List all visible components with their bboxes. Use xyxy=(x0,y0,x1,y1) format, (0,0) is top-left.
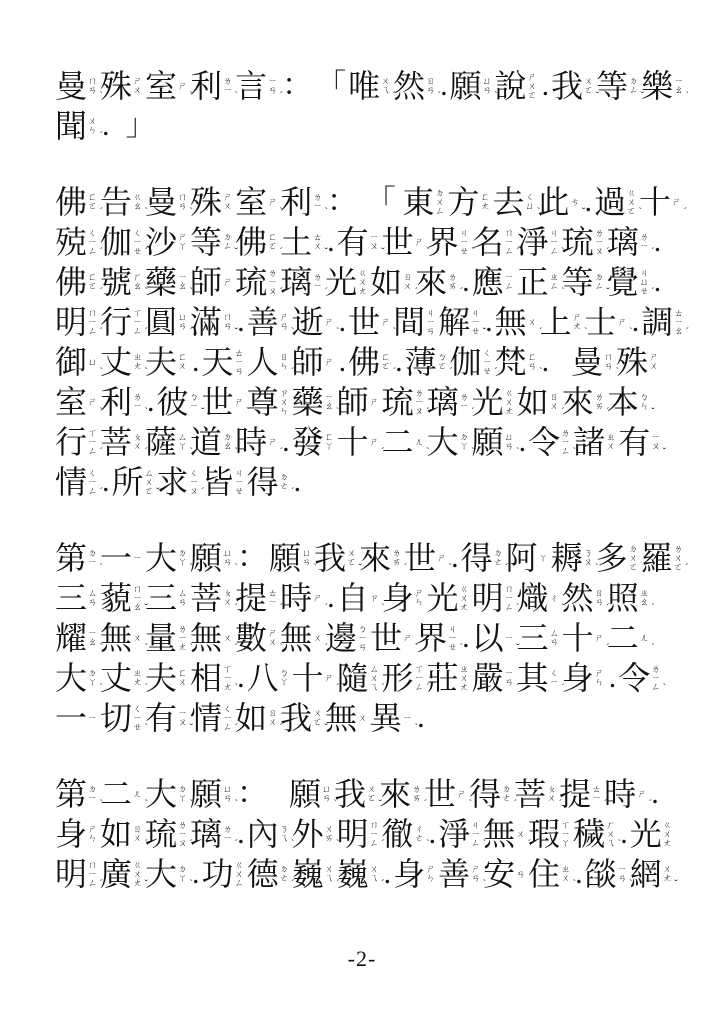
char-cell: 願ㄩㄢˋ xyxy=(450,70,494,102)
tone-mark: ˋ xyxy=(234,683,238,693)
zhuyin-annotation: ㄧˋ xyxy=(403,702,414,734)
zhuyin-letter: ㄛ xyxy=(629,563,638,572)
punctuation: . xyxy=(542,70,550,102)
tone-mark: ˇ xyxy=(641,91,645,101)
char-cell: 相ㄒㄧㄤˋ xyxy=(190,662,234,694)
char-cell: 大ㄉㄚˋ xyxy=(55,662,99,694)
zhuyin-letter: ㄟ xyxy=(325,874,334,883)
han-character: 羅 xyxy=(641,542,673,574)
tone-mark: ˋ xyxy=(189,447,193,457)
tone-mark: ˋ xyxy=(616,367,620,377)
char-cell: 身ㄕㄣ xyxy=(393,858,437,890)
han-character: 身 xyxy=(393,858,425,890)
char-cell: 如ㄖㄨˊ xyxy=(235,702,279,734)
zhuyin-letter: ㄦ xyxy=(133,790,142,799)
zhuyin-letter: ㄥ xyxy=(471,839,480,848)
han-character: 徹 xyxy=(382,818,414,850)
han-character: 有 xyxy=(145,702,177,734)
han-character: 琉 xyxy=(382,386,414,418)
punctuation: ： xyxy=(282,70,312,102)
han-character: 等 xyxy=(190,226,222,258)
tone-mark: ˊ xyxy=(516,603,520,613)
han-character: 逝 xyxy=(292,306,324,338)
char-cell: 無ㄨˊ xyxy=(280,622,324,654)
zhuyin-letter: ㄥ xyxy=(505,282,514,291)
zhuyin-letter: ㄢ xyxy=(178,322,187,331)
han-character: 身 xyxy=(562,662,594,694)
text-line: 一ㄧ切ㄑㄧㄝˋ有ㄧㄡˇ情ㄑㄧㄥˊ如ㄖㄨˊ我ㄨㄛˇ無ㄨˊ異ㄧˋ. xyxy=(55,698,684,738)
zhuyin-letter: ㄨ xyxy=(358,714,367,723)
zhuyin-annotation: ㄙㄨㄛˇ xyxy=(145,466,156,498)
tone-mark: ˇ xyxy=(674,879,678,889)
tone-mark: ˋ xyxy=(584,327,588,337)
tone-mark: ˋ xyxy=(291,839,295,849)
punctuation: . xyxy=(632,306,640,338)
han-character: 解 xyxy=(438,306,470,338)
han-character: 身 xyxy=(382,582,414,614)
zhuyin-letter: ㄡ xyxy=(595,247,604,256)
zhuyin-annotation: ㄧㄢˋ xyxy=(618,858,629,890)
zhuyin-letter: ㄛ xyxy=(627,207,636,216)
zhuyin-letter: ㄟ xyxy=(381,86,390,95)
han-character: 如 xyxy=(100,818,132,850)
zhuyin-letter: ㄛ xyxy=(268,242,277,251)
han-character: 聞 xyxy=(55,110,87,142)
char-cell: 此ㄘˇ xyxy=(537,186,581,218)
tone-mark: ˊ xyxy=(403,563,407,573)
zhuyin-letter: ㄧ xyxy=(88,714,97,723)
han-character: 然 xyxy=(562,582,594,614)
han-character: 來 xyxy=(415,266,447,298)
tone-mark: ˊ xyxy=(279,723,283,733)
han-character: 師 xyxy=(337,386,369,418)
zhuyin-letter: ㄥ xyxy=(435,207,444,216)
zhuyin-letter: ㄚ xyxy=(539,554,548,563)
han-character: 室 xyxy=(235,186,267,218)
han-character: 莊 xyxy=(427,662,459,694)
char-cell: 佛ㄈㄛˊ xyxy=(55,266,99,298)
tone-mark: ˊ xyxy=(324,643,328,653)
tone-mark: ˊ xyxy=(99,327,103,337)
zhuyin-letter: ㄥ xyxy=(223,723,232,732)
tone-mark: ˊ xyxy=(685,563,689,573)
text-line: 情ㄑㄧㄥˊ.所ㄙㄨㄛˇ求ㄑㄧㄡˊ皆ㄐㄧㄝ得ㄉㄜˊ. xyxy=(55,462,684,502)
zhuyin-annotation: ㄅㄚ xyxy=(280,662,291,694)
tone-mark: ˊ xyxy=(561,683,565,693)
han-character: 名 xyxy=(472,226,504,258)
punctuation: . xyxy=(102,110,110,142)
char-cell: 諸ㄓㄨ xyxy=(573,426,617,458)
zhuyin-annotation: ㄌㄧㄥˋ xyxy=(651,662,662,694)
zhuyin-letter: ㄧ xyxy=(313,282,322,291)
tone-mark: ˊ xyxy=(604,799,608,809)
tone-mark: ˊ xyxy=(144,643,148,653)
zhuyin-annotation: ㄨˊ xyxy=(516,818,527,850)
char-cell: 等ㄉㄥˇ xyxy=(596,70,640,102)
zhuyin-letter: ㄛ xyxy=(438,362,447,371)
tone-mark: ˊ xyxy=(381,839,385,849)
char-cell: 人ㄖㄣˊ xyxy=(247,346,291,378)
zhuyin-letter: ㄢ xyxy=(516,870,525,879)
zhuyin-annotation: ㄌㄧˋ xyxy=(313,186,324,218)
zhuyin-letter: ㄧ xyxy=(640,242,649,251)
char-cell: 來ㄌㄞˊ xyxy=(379,778,423,810)
char-cell: 有ㄧㄡˇ xyxy=(145,702,189,734)
zhuyin-letter: ㄤ xyxy=(358,287,367,296)
zhuyin-annotation: ㄕㄨ xyxy=(223,186,234,218)
char-cell: 自ㄗˋ xyxy=(337,582,381,614)
han-character: 得 xyxy=(469,778,501,810)
char-cell: 情ㄑㄧㄥˊ xyxy=(55,466,99,498)
tone-mark: ˋ xyxy=(561,603,565,613)
zhuyin-letter: ㄛ xyxy=(88,202,97,211)
tone-mark: ˋ xyxy=(144,799,148,809)
paragraph: 第ㄉㄧˋ二ㄦˋ大ㄉㄚˋ願ㄩㄢˋ：願ㄩㄢˋ我ㄨㄛˇ來ㄌㄞˊ世ㄕˋ得ㄉㄜˊ菩ㄆㄨˊ提… xyxy=(55,774,684,894)
tone-mark: ˊ xyxy=(381,447,385,457)
han-character: 求 xyxy=(157,466,189,498)
han-character: 善 xyxy=(438,858,470,890)
char-cell: 道ㄉㄠˋ xyxy=(190,426,234,458)
zhuyin-letter: ㄢ xyxy=(595,598,604,607)
zhuyin-annotation: ㄕˋ xyxy=(268,186,279,218)
punctuation: 「 xyxy=(366,186,396,218)
zhuyin-annotation: ㄕㄚ xyxy=(178,226,189,258)
tone-mark: ˋ xyxy=(482,839,486,849)
tone-mark: ˊ xyxy=(573,839,577,849)
zhuyin-annotation: ㄕˋ xyxy=(415,226,426,258)
zhuyin-annotation: ㄨㄛˇ xyxy=(584,70,595,102)
zhuyin-annotation: ㄨˊ xyxy=(528,306,539,338)
han-character: 殊 xyxy=(190,186,222,218)
zhuyin-annotation: ㄉㄚˋ xyxy=(178,778,189,810)
zhuyin-annotation: ㄨˊ xyxy=(223,622,234,654)
char-cell: 得ㄉㄜˊ xyxy=(247,466,291,498)
tone-mark: ˊ xyxy=(144,247,148,257)
char-cell: 世ㄕˋ xyxy=(348,306,392,338)
zhuyin-letter: ㄧ xyxy=(133,402,142,411)
zhuyin-letter: ㄩ xyxy=(88,358,97,367)
tone-mark: ˇ xyxy=(234,247,238,257)
zhuyin-annotation: ㄩㄢˊ xyxy=(178,306,189,338)
zhuyin-letter: ㄥ xyxy=(550,282,559,291)
tone-mark: ˋ xyxy=(336,839,340,849)
char-cell: 曼ㄇㄢˋ xyxy=(571,346,615,378)
han-character: 照 xyxy=(607,582,639,614)
han-character: 阿 xyxy=(506,542,538,574)
han-character: 曼 xyxy=(55,70,87,102)
han-character: 室 xyxy=(145,70,177,102)
han-character: 師 xyxy=(292,346,324,378)
char-cell: 來ㄌㄞˊ xyxy=(415,266,459,298)
han-character: 藐 xyxy=(100,582,132,614)
zhuyin-annotation: ㄕ xyxy=(370,386,381,418)
han-character: 八 xyxy=(247,662,279,694)
zhuyin-letter: ㄕ xyxy=(618,318,627,327)
han-character: 時 xyxy=(235,426,267,458)
char-cell: 利ㄌㄧˋ xyxy=(280,186,324,218)
zhuyin-annotation: ㄧㄡˇ xyxy=(651,426,662,458)
zhuyin-letter: ㄢ xyxy=(604,362,613,371)
zhuyin-annotation: ㄉㄧˋ xyxy=(88,542,99,574)
zhuyin-annotation: ㄅㄧㄢ xyxy=(358,622,369,654)
zhuyin-annotation: ㄉㄥˇ xyxy=(629,70,640,102)
zhuyin-annotation: ㄐㄩㄝˊ xyxy=(640,266,651,298)
zhuyin-annotation: ㄈㄨ xyxy=(178,346,189,378)
zhuyin-letter: ㄕ xyxy=(457,790,466,799)
punctuation: . xyxy=(429,818,437,850)
zhuyin-annotation: ㄍㄨㄤˇ xyxy=(133,858,144,890)
zhuyin-annotation: ㄌㄧㄥˋ xyxy=(561,426,572,458)
char-cell: 等ㄉㄥˇ xyxy=(562,266,606,298)
char-cell: 藐ㄇㄧㄠˇ xyxy=(100,582,144,614)
han-character: 無 xyxy=(100,622,132,654)
char-cell: 佛ㄈㄛˊ xyxy=(348,346,392,378)
tone-mark: ˋ xyxy=(99,367,103,377)
char-cell: 三ㄙㄢ xyxy=(55,582,99,614)
zhuyin-letter: ㄕ xyxy=(268,198,277,207)
zhuyin-annotation: ㄩㄢˋ xyxy=(302,542,313,574)
tone-mark: ˋ xyxy=(537,207,541,217)
tone-mark: ˇ xyxy=(324,247,328,257)
zhuyin-letter: ㄠ xyxy=(133,202,142,211)
space xyxy=(112,126,124,127)
char-cell: 我ㄨㄛˇ xyxy=(551,70,595,102)
zhuyin-letter: ㄥ xyxy=(415,683,424,692)
han-character: 一 xyxy=(100,542,132,574)
char-cell: 藥ㄧㄠˋ xyxy=(292,386,336,418)
han-character: 利 xyxy=(100,386,132,418)
zhuyin-letter: ㄢ xyxy=(483,86,492,95)
zhuyin-letter: ㄤ xyxy=(663,874,672,883)
zhuyin-letter: ㄘ xyxy=(570,198,579,207)
zhuyin-annotation: ㄌㄧㄡˊ xyxy=(178,818,189,850)
char-cell: 二ㄦˋ xyxy=(607,622,651,654)
han-character: 土 xyxy=(280,226,312,258)
tone-mark: ˊ xyxy=(494,367,498,377)
tone-mark: ˊ xyxy=(144,839,148,849)
zhuyin-annotation: ㄐㄧㄝˇ xyxy=(471,306,482,338)
zhuyin-annotation: ㄒㄧㄥˊ xyxy=(88,426,99,458)
text-line: 大ㄉㄚˋ丈ㄓㄤˋ夫ㄈㄨ相ㄒㄧㄤˋ.八ㄅㄚ十ㄕˊ隨ㄙㄨㄟˊ形ㄒㄧㄥˊ莊ㄓㄨㄤ嚴ㄧㄢ… xyxy=(55,658,684,698)
han-character: 皆 xyxy=(202,466,234,498)
char-cell: 名ㄇㄧㄥˊ xyxy=(472,226,516,258)
zhuyin-letter: ㄕ xyxy=(637,790,646,799)
char-cell: 得ㄉㄜˊ xyxy=(469,778,513,810)
han-character: 淨 xyxy=(438,818,470,850)
zhuyin-annotation: ㄕˋ xyxy=(235,386,246,418)
zhuyin-annotation: ㄓㄨㄤ xyxy=(460,662,471,694)
zhuyin-annotation: ㄑㄧㄝˊ xyxy=(133,226,144,258)
punctuation: . xyxy=(462,622,470,654)
han-character: 方 xyxy=(447,186,479,218)
char-cell: 二ㄦˋ xyxy=(100,778,144,810)
zhuyin-annotation: ㄕㄣ xyxy=(88,818,99,850)
zhuyin-annotation: ㄒㄧㄤˋ xyxy=(223,662,234,694)
char-cell: 耀ㄧㄠˋ xyxy=(55,622,99,654)
char-cell: 羅ㄌㄨㄛˊ xyxy=(641,542,685,574)
char-cell: 時ㄕˊ xyxy=(604,778,648,810)
zhuyin-annotation: ㄍㄠˋ xyxy=(133,186,144,218)
char-cell: 如ㄖㄨˊ xyxy=(517,386,561,418)
char-cell: 師ㄕ xyxy=(292,346,336,378)
han-character: 薄 xyxy=(405,346,437,378)
char-cell: 明ㄇㄧㄥˊ xyxy=(472,582,516,614)
zhuyin-letter: ㄨ xyxy=(133,834,142,843)
han-character: 我 xyxy=(334,778,366,810)
zhuyin-letter: ㄕ xyxy=(88,398,97,407)
char-cell: 照ㄓㄠˋ xyxy=(607,582,651,614)
zhuyin-letter: ㄛ xyxy=(381,362,390,371)
han-character: 室 xyxy=(55,386,87,418)
zhuyin-annotation: ㄒㄧㄚˊ xyxy=(561,818,572,850)
zhuyin-annotation: ㄕˊ xyxy=(313,582,324,614)
tone-mark: ˋ xyxy=(663,683,667,693)
han-character: 殊 xyxy=(100,70,132,102)
zhuyin-annotation: ㄖㄨˊ xyxy=(550,386,561,418)
char-cell: 尊ㄗㄨㄣ xyxy=(247,386,291,418)
zhuyin-annotation: ㄇㄧㄥˊ xyxy=(88,306,99,338)
han-character: 利 xyxy=(280,186,312,218)
char-cell: 令ㄌㄧㄥˋ xyxy=(528,426,572,458)
zhuyin-letter: ㄚ xyxy=(561,839,570,848)
char-cell: 來ㄌㄞˊ xyxy=(562,386,606,418)
char-cell: 如ㄖㄨˊ xyxy=(370,266,414,298)
zhuyin-annotation: ㄨㄟˊ xyxy=(370,858,381,890)
zhuyin-letter: ㄕ xyxy=(178,82,187,91)
text-line: 明ㄇㄧㄥˊ廣ㄍㄨㄤˇ大ㄉㄚˋ.功ㄍㄨㄥ德ㄉㄜˊ巍ㄨㄟˊ巍ㄨㄟˊ.身ㄕㄣ善ㄕㄢˋ安… xyxy=(55,854,684,894)
han-character: 去 xyxy=(492,186,524,218)
punctuation: . xyxy=(542,346,550,378)
han-character: 本 xyxy=(607,386,639,418)
zhuyin-annotation: ㄍㄨㄥ xyxy=(235,858,246,890)
tone-mark: ˋ xyxy=(336,407,340,417)
tone-mark: ˊ xyxy=(291,367,295,377)
tone-mark: ˊ xyxy=(99,131,103,141)
tone-mark: ˋ xyxy=(324,207,328,217)
han-character: 巍 xyxy=(292,858,324,890)
zhuyin-annotation: ㄕㄣ xyxy=(415,582,426,614)
zhuyin-letter: ㄥ xyxy=(651,683,660,692)
zhuyin-letter: ㄕ xyxy=(415,238,424,247)
zhuyin-letter: ㄥ xyxy=(223,242,232,251)
char-cell: 土ㄊㄨˇ xyxy=(280,226,324,258)
char-cell: 第ㄉㄧˋ xyxy=(55,542,99,574)
zhuyin-letter: ㄜ xyxy=(415,834,424,843)
tone-mark: ˋ xyxy=(539,367,543,377)
tone-mark: ˊ xyxy=(381,683,385,693)
space xyxy=(269,794,289,795)
han-character: 以 xyxy=(472,622,504,654)
zhuyin-letter: ㄚ xyxy=(460,442,469,451)
punctuation: . xyxy=(485,306,493,338)
tone-mark: ˋ xyxy=(561,247,565,257)
han-character: 十 xyxy=(337,426,369,458)
zhuyin-letter: ㄢ xyxy=(426,327,435,336)
han-character: 嚴 xyxy=(472,662,504,694)
zhuyin-annotation: ㄕㄤˋ xyxy=(573,306,584,338)
zhuyin-letter: ㄕ xyxy=(403,634,412,643)
zhuyin-letter: ㄡ xyxy=(370,242,379,251)
char-cell: 有ㄧㄡˇ xyxy=(337,226,381,258)
char-cell: 去ㄑㄩˋ xyxy=(492,186,536,218)
zhuyin-annotation: ㄇㄧㄥˊ xyxy=(505,582,516,614)
han-character: 曼 xyxy=(145,186,177,218)
zhuyin-annotation: ㄐㄧㄢ xyxy=(426,306,437,338)
char-cell: 薄ㄅㄛˊ xyxy=(405,346,449,378)
zhuyin-annotation: ㄨㄛˇ xyxy=(367,778,378,810)
han-character: 過 xyxy=(594,186,626,218)
zhuyin-annotation: ㄉㄚˋ xyxy=(460,426,471,458)
zhuyin-letter: ㄢ xyxy=(528,362,537,371)
char-cell: 時ㄕˊ xyxy=(280,582,324,614)
han-character: 璃 xyxy=(607,226,639,258)
zhuyin-annotation: ㄕ xyxy=(223,266,234,298)
zhuyin-letter: ㄕ xyxy=(268,438,277,447)
char-cell: 求ㄑㄧㄡˊ xyxy=(157,466,201,498)
char-cell: 樂ㄧㄠˋ xyxy=(641,70,685,102)
tone-mark: ˋ xyxy=(459,643,463,653)
zhuyin-letter: ㄧ xyxy=(313,202,322,211)
zhuyin-letter: ㄢ xyxy=(426,86,435,95)
char-cell: 利ㄌㄧˋ xyxy=(190,70,234,102)
han-character: 佛 xyxy=(55,266,87,298)
zhuyin-letter: ㄣ xyxy=(88,126,97,135)
text-line: 三ㄙㄢ藐ㄇㄧㄠˇ三ㄙㄢ菩ㄆㄨˊ提ㄊㄧˊ時ㄕˊ.自ㄗˋ身ㄕㄣ光ㄍㄨㄤ明ㄇㄧㄥˊ熾ㄔ… xyxy=(55,578,684,618)
char-cell: 十ㄕˊ xyxy=(639,186,683,218)
zhuyin-letter: ㄚ xyxy=(178,558,187,567)
punctuation: . xyxy=(584,186,592,218)
zhuyin-annotation: ㄐㄧㄝˋ xyxy=(448,622,459,654)
han-character: 令 xyxy=(618,662,650,694)
zhuyin-annotation: ㄓㄨˋ xyxy=(561,858,572,890)
han-character: 瑕 xyxy=(528,818,560,850)
tone-mark: ˇ xyxy=(381,247,385,257)
char-cell: 殊ㄕㄨ xyxy=(100,70,144,102)
tone-mark: ˋ xyxy=(414,643,418,653)
zhuyin-annotation: ㄕˊ xyxy=(325,662,336,694)
zhuyin-letter: ㄣ xyxy=(88,834,97,843)
char-cell: 東ㄉㄨㄥ xyxy=(402,186,446,218)
zhuyin-letter: ㄤ xyxy=(573,322,582,331)
tone-mark: ˊ xyxy=(279,91,283,101)
zhuyin-annotation: ㄇㄢˋ xyxy=(88,70,99,102)
tone-mark: ˋ xyxy=(279,207,283,217)
char-cell: 所ㄙㄨㄛˇ xyxy=(112,466,156,498)
tone-mark: ˇ xyxy=(144,879,148,889)
han-character: 大 xyxy=(427,426,459,458)
zhuyin-annotation: ㄔㄜˋ xyxy=(415,818,426,850)
han-character: 此 xyxy=(537,186,569,218)
char-cell: 明ㄇㄧㄥˊ xyxy=(55,306,99,338)
zhuyin-annotation: ㄘˇ xyxy=(570,186,581,218)
zhuyin-annotation: ㄈㄚ xyxy=(325,426,336,458)
char-cell: 世ㄕˋ xyxy=(370,622,414,654)
han-character: 丈 xyxy=(100,346,132,378)
zhuyin-annotation: ㄊㄧˊ xyxy=(592,778,603,810)
zhuyin-letter: ㄨ xyxy=(649,362,658,371)
zhuyin-annotation: ㄉㄚˋ xyxy=(178,542,189,574)
char-cell: 菩ㄆㄨˊ xyxy=(514,778,558,810)
zhuyin-letter: ㄧ xyxy=(403,714,412,723)
zhuyin-annotation: ㄧㄥ xyxy=(505,266,516,298)
zhuyin-letter: ㄥ xyxy=(88,879,97,888)
zhuyin-annotation: ㄇㄢˇ xyxy=(223,306,234,338)
han-character: 利 xyxy=(190,70,222,102)
zhuyin-letter: ㄧ xyxy=(223,834,232,843)
zhuyin-annotation: ㄌㄞˊ xyxy=(392,542,403,574)
han-character: 沙 xyxy=(145,226,177,258)
han-character: 世 xyxy=(348,306,380,338)
